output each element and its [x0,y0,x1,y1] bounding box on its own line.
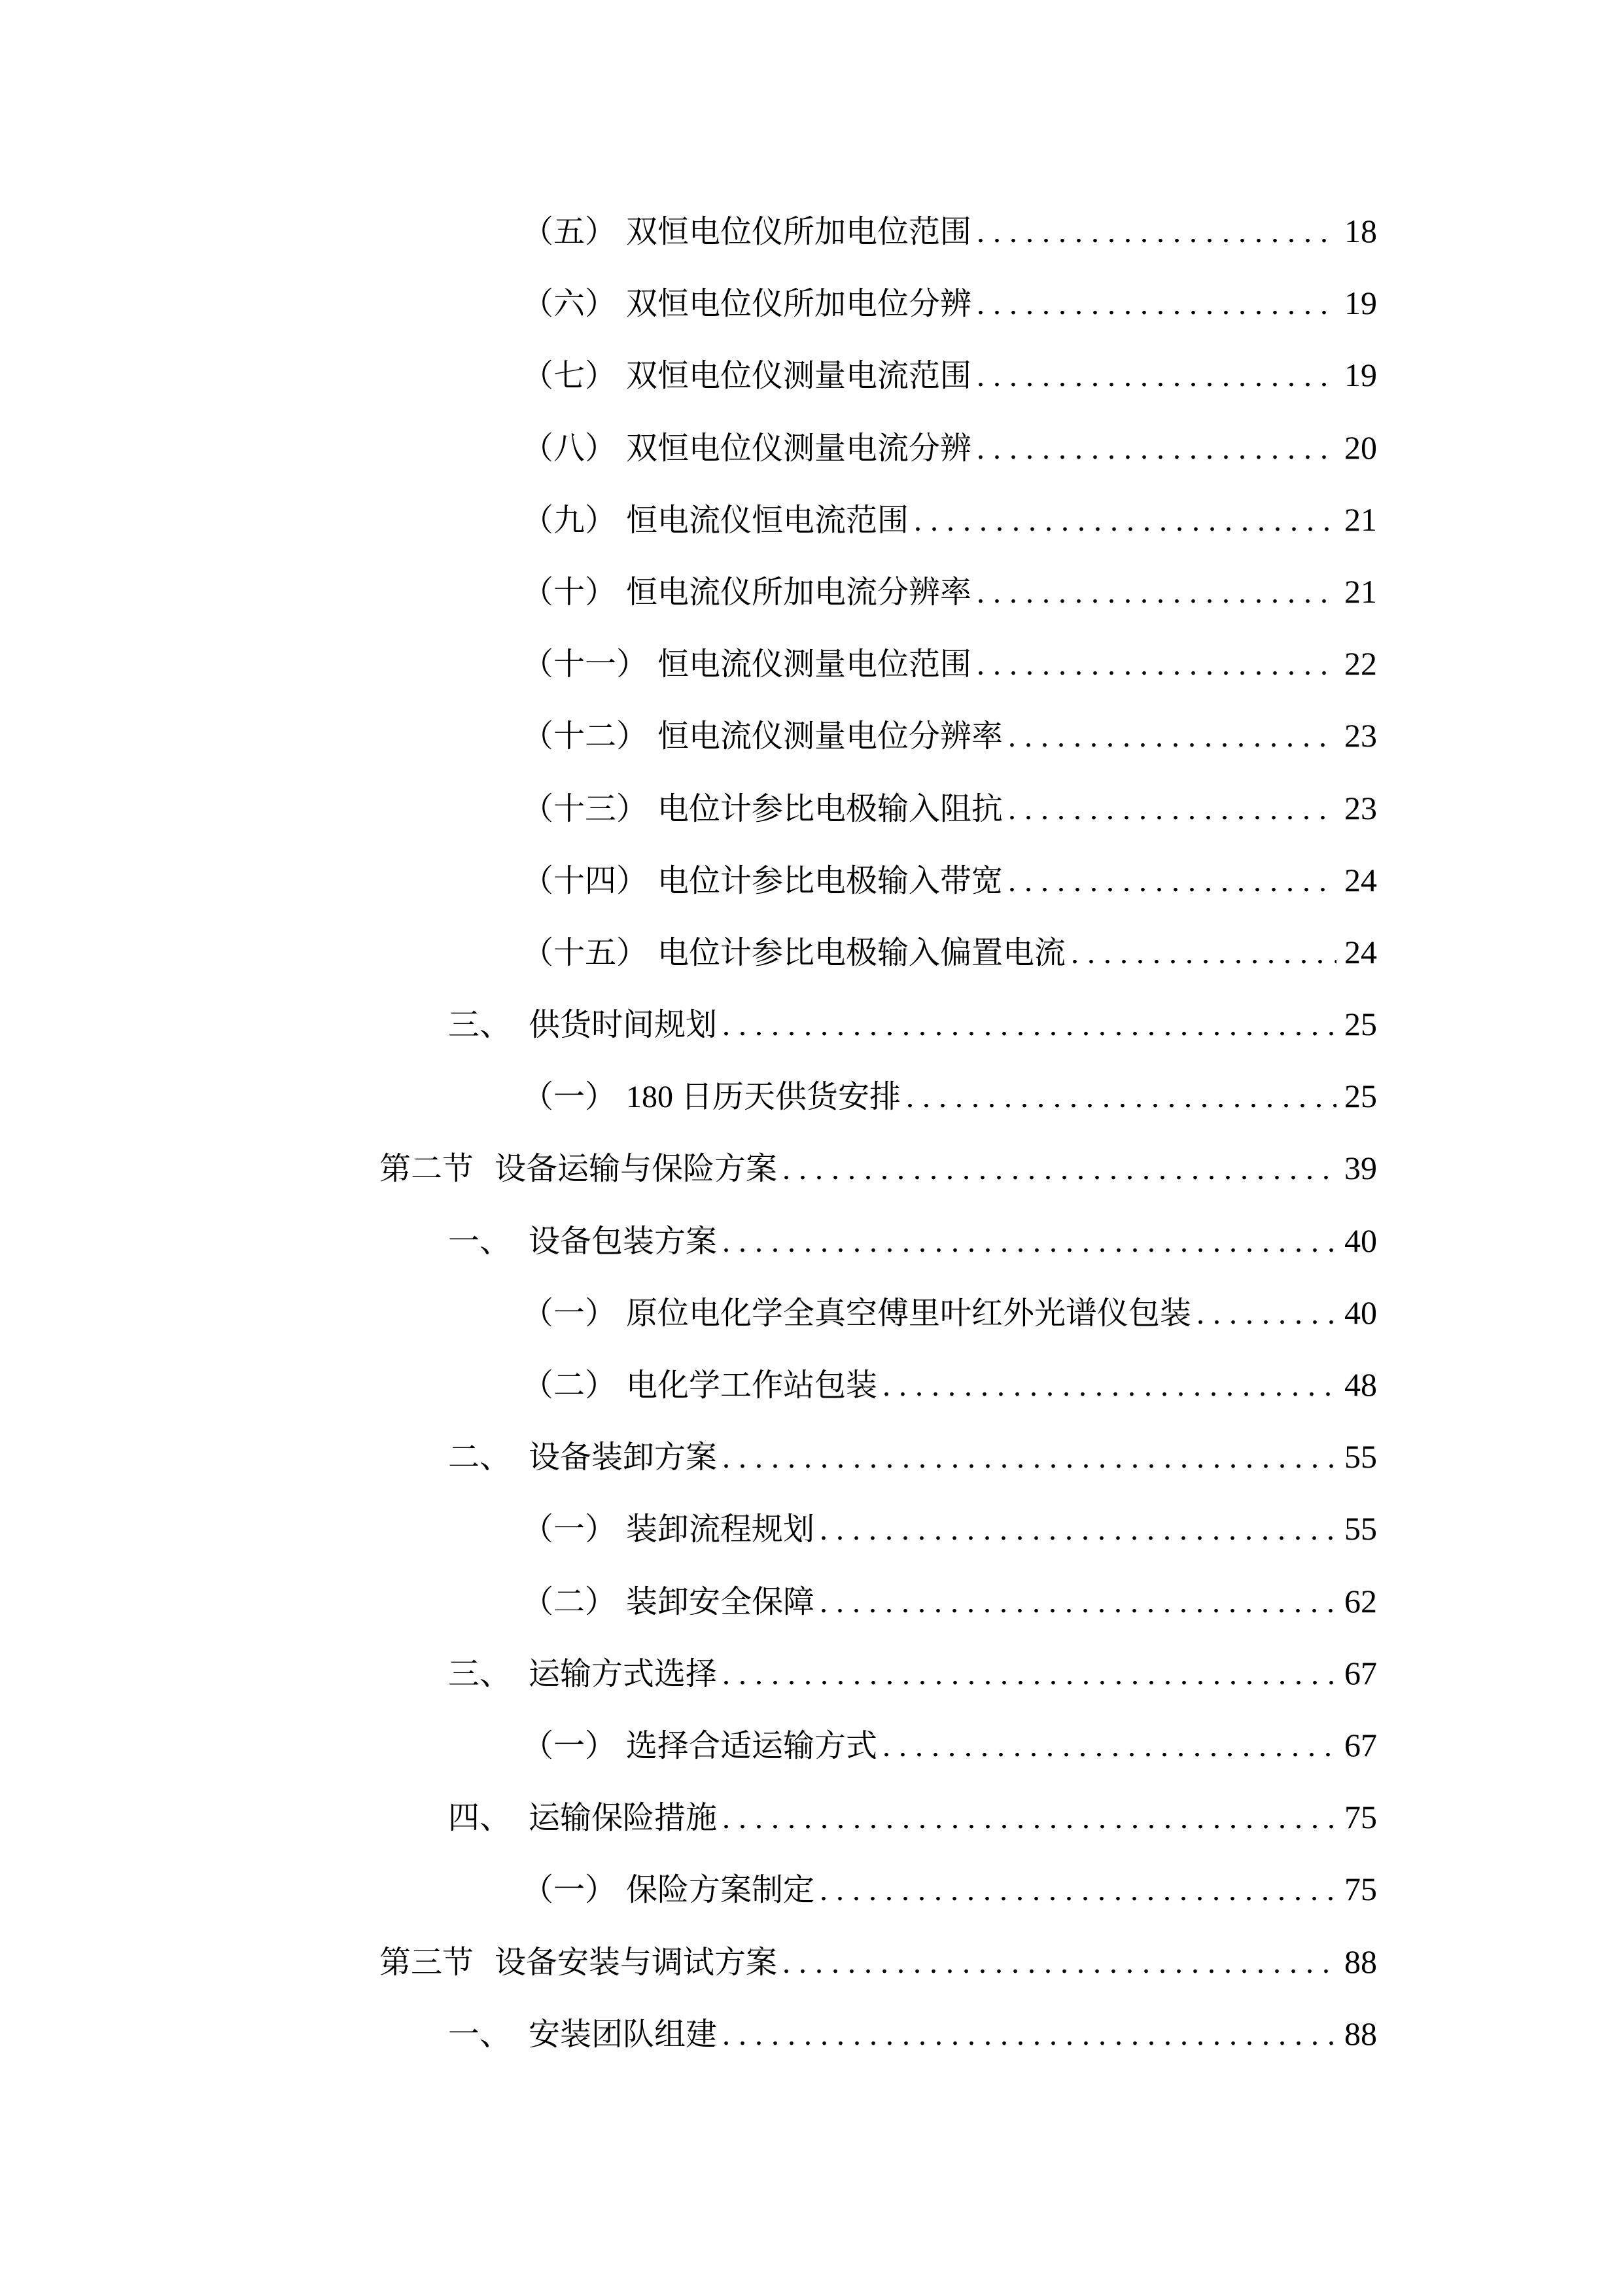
toc-entry-page: 40 [1344,1205,1377,1277]
toc-entry-page: 48 [1344,1349,1377,1421]
toc-entry-page: 21 [1344,556,1377,627]
toc-entry-title: 保险方案制定 [626,1854,814,1926]
toc-entry[interactable]: 第三节设备安装与调试方案............................… [0,1926,1623,1998]
dot-leader: ........................................… [722,1422,1336,1494]
toc-entry-title: 恒电流仪测量电位分辨率 [657,701,1003,773]
toc-entry-title: 设备安装与调试方案 [495,1927,777,1999]
toc-entry-number: 二、 [448,1422,511,1494]
toc-entry-title: 装卸流程规划 [626,1494,814,1566]
toc-entry-page: 88 [1344,1926,1377,1998]
dot-leader: ........................................… [914,485,1336,557]
toc-entry-title: 运输方式选择 [529,1638,717,1710]
dot-leader: ........................................… [977,340,1336,412]
dot-leader: ........................................… [722,1999,1336,2071]
toc-entry[interactable]: （十）恒电流仪所加电流分辨率..........................… [0,556,1623,627]
dot-leader: ........................................… [782,1927,1336,1999]
toc-entry-title: 设备包装方案 [529,1206,717,1278]
toc-entry-number: （一） [522,1854,616,1926]
dot-leader: ........................................… [977,629,1336,701]
toc-entry-number: （七） [522,340,616,412]
dot-leader: ........................................… [722,1206,1336,1278]
toc-entry-number: 一、 [448,1206,511,1278]
dot-leader: ........................................… [882,1350,1336,1422]
dot-leader: ........................................… [820,1494,1336,1566]
dot-leader: ........................................… [1008,701,1336,773]
dot-leader: ........................................… [1196,1278,1336,1350]
toc-entry-title: 双恒电位仪测量电流范围 [626,340,971,412]
toc-entry-number: （六） [522,268,616,340]
toc-entry-page: 25 [1344,1060,1377,1132]
toc-entry-page: 24 [1344,844,1377,916]
toc-entry-number: （二） [522,1566,616,1638]
toc-entry-number: （一） [522,1494,616,1566]
dot-leader: ........................................… [820,1854,1336,1926]
toc-entry-number: （十二） [522,701,648,773]
toc-entry-page: 39 [1344,1132,1377,1204]
dot-leader: ........................................… [1071,917,1336,989]
toc-entry-title: 双恒电位仪测量电流分辨 [626,413,971,485]
toc-entry[interactable]: （一）原位电化学全真空傅里叶红外光谱仪包装...................… [0,1277,1623,1349]
toc-entry[interactable]: （十四）电位计参比电极输入带宽.........................… [0,844,1623,916]
dot-leader: ........................................… [722,989,1336,1061]
toc-entry-title: 恒电流仪所加电流分辨率 [626,557,971,629]
toc-entry-title: 双恒电位仪所加电位分辨 [626,268,971,340]
toc-entry[interactable]: （十二）恒电流仪测量电位分辨率.........................… [0,699,1623,771]
toc-entry-number: （十） [522,557,616,629]
toc-entry-page: 21 [1344,484,1377,556]
toc-entry-number: （五） [522,196,616,268]
document-page: （五）双恒电位仪所加电位范围..........................… [0,0,1623,2296]
dot-leader: ........................................… [977,557,1336,629]
table-of-contents: （五）双恒电位仪所加电位范围..........................… [0,195,1623,2070]
toc-entry-title: 选择合适运输方式 [626,1710,877,1782]
toc-entry-number: 第三节 [379,1927,474,1999]
dot-leader: ........................................… [977,268,1336,340]
toc-entry-page: 23 [1344,772,1377,844]
toc-entry-title: 恒电流仪恒电流范围 [626,485,909,557]
toc-entry-page: 19 [1344,339,1377,411]
dot-leader: ........................................… [722,1638,1336,1710]
dot-leader: ........................................… [1008,845,1336,917]
toc-entry[interactable]: 四、运输保险措施................................… [0,1781,1623,1853]
dot-leader: ........................................… [782,1133,1336,1205]
toc-entry[interactable]: （一）装卸流程规划...............................… [0,1492,1623,1564]
toc-entry-page: 75 [1344,1853,1377,1925]
toc-entry-page: 24 [1344,916,1377,988]
toc-entry-number: （一） [522,1061,616,1133]
toc-entry-number: （八） [522,413,616,485]
toc-entry-number: 三、 [448,989,511,1061]
toc-entry-page: 62 [1344,1565,1377,1637]
toc-entry-page: 40 [1344,1277,1377,1349]
toc-entry[interactable]: （一）保险方案制定...............................… [0,1853,1623,1925]
toc-entry-number: （十一） [522,629,648,701]
toc-entry[interactable]: （九）恒电流仪恒电流范围............................… [0,484,1623,556]
toc-entry-title: 安装团队组建 [529,1999,717,2071]
toc-entry-title: 设备装卸方案 [529,1422,717,1494]
toc-entry-page: 67 [1344,1637,1377,1709]
toc-entry-title: 电位计参比电极输入偏置电流 [657,917,1066,989]
toc-entry-title: 电位计参比电极输入带宽 [657,845,1003,917]
toc-entry[interactable]: 二、设备装卸方案................................… [0,1421,1623,1492]
toc-entry-number: （二） [522,1350,616,1422]
toc-entry-title: 电化学工作站包装 [626,1350,877,1422]
toc-entry-number: （九） [522,485,616,557]
toc-entry[interactable]: （八）双恒电位仪测量电流分辨..........................… [0,412,1623,484]
toc-entry-number: 三、 [448,1638,511,1710]
toc-entry-number: （十三） [522,773,648,845]
toc-entry-page: 88 [1344,1998,1377,2070]
toc-entry[interactable]: （十五）电位计参比电极输入偏置电流.......................… [0,916,1623,988]
toc-entry-page: 23 [1344,699,1377,771]
toc-entry[interactable]: 三、运输方式选择................................… [0,1637,1623,1709]
dot-leader: ........................................… [977,413,1336,485]
toc-entry[interactable]: 三、供货时间规划................................… [0,988,1623,1060]
toc-entry-title: 电位计参比电极输入阻抗 [657,773,1003,845]
dot-leader: ........................................… [977,196,1336,268]
toc-entry-number: （一） [522,1278,616,1350]
toc-entry[interactable]: 一、设备包装方案................................… [0,1205,1623,1277]
toc-entry-number: （十五） [522,917,648,989]
toc-entry-title: 运输保险措施 [529,1782,717,1854]
toc-entry-number: 四、 [448,1782,511,1854]
toc-entry-page: 18 [1344,195,1377,267]
toc-entry[interactable]: （一）选择合适运输方式.............................… [0,1709,1623,1781]
toc-entry-number: （十四） [522,845,648,917]
toc-entry[interactable]: （五）双恒电位仪所加电位范围..........................… [0,195,1623,267]
toc-entry-title: 设备运输与保险方案 [495,1133,777,1205]
toc-entry-page: 19 [1344,267,1377,339]
dot-leader: ........................................… [906,1061,1336,1133]
toc-entry-page: 25 [1344,988,1377,1060]
toc-entry[interactable]: 第二节设备运输与保险方案............................… [0,1132,1623,1204]
toc-entry[interactable]: （七）双恒电位仪测量电流范围..........................… [0,339,1623,411]
toc-entry-page: 55 [1344,1492,1377,1564]
toc-entry-page: 75 [1344,1781,1377,1853]
toc-entry-number: （一） [522,1710,616,1782]
toc-entry-title: 180 日历天供货安排 [626,1061,901,1133]
toc-entry-number: 一、 [448,1999,511,2071]
toc-entry[interactable]: （十三）电位计参比电极输入阻抗.........................… [0,772,1623,844]
toc-entry[interactable]: （六）双恒电位仪所加电位分辨..........................… [0,267,1623,339]
toc-entry-title: 供货时间规划 [529,989,717,1061]
dot-leader: ........................................… [722,1782,1336,1854]
toc-entry[interactable]: （二）电化学工作站包装.............................… [0,1349,1623,1421]
toc-entry-title: 双恒电位仪所加电位范围 [626,196,971,268]
dot-leader: ........................................… [882,1710,1336,1782]
toc-entry-page: 22 [1344,627,1377,699]
toc-entry-title: 恒电流仪测量电位范围 [657,629,971,701]
toc-entry[interactable]: 一、安装团队组建................................… [0,1998,1623,2070]
toc-entry-number: 第二节 [379,1133,474,1205]
toc-entry-page: 67 [1344,1709,1377,1781]
toc-entry[interactable]: （二）装卸安全保障...............................… [0,1565,1623,1637]
dot-leader: ........................................… [1008,773,1336,845]
toc-entry-title: 装卸安全保障 [626,1566,814,1638]
toc-entry-title: 原位电化学全真空傅里叶红外光谱仪包装 [626,1278,1191,1350]
toc-entry[interactable]: （一）180 日历天供货安排..........................… [0,1060,1623,1132]
toc-entry-page: 20 [1344,412,1377,484]
toc-entry[interactable]: （十一）恒电流仪测量电位范围..........................… [0,627,1623,699]
toc-entry-page: 55 [1344,1421,1377,1492]
dot-leader: ........................................… [820,1566,1336,1638]
